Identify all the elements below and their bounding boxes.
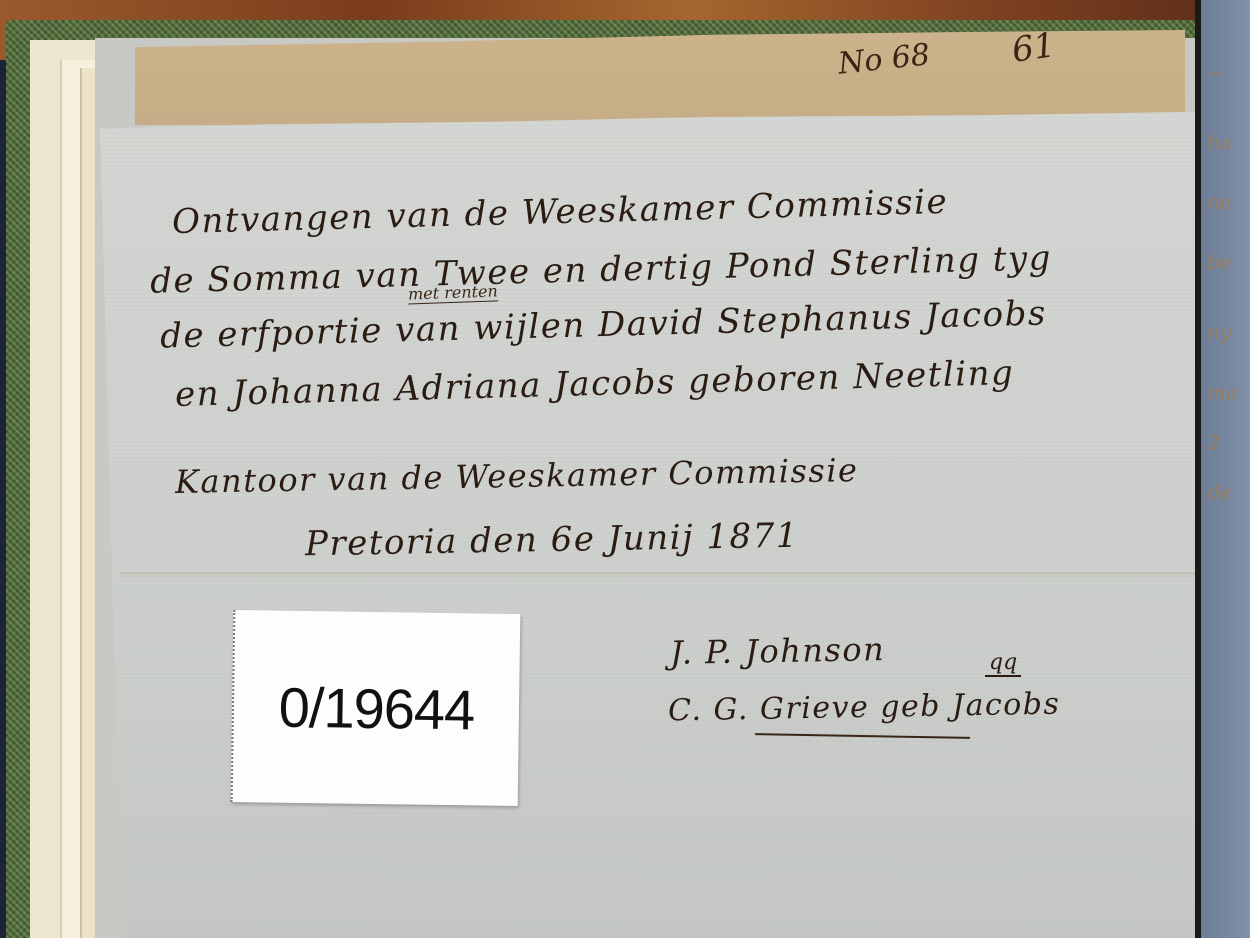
facing-page-ink: de xyxy=(1207,480,1232,504)
signature-qq-mark: qq xyxy=(985,650,1021,677)
facing-page-ink: — xyxy=(1207,60,1227,84)
folio-number: 61 xyxy=(1009,25,1057,71)
facing-page-ink: ha xyxy=(1207,130,1232,154)
facing-page-ink: ny xyxy=(1207,320,1231,344)
interlinear-insertion: met renten xyxy=(408,281,498,304)
facing-page-ink: 2 xyxy=(1207,430,1220,454)
facing-page-ink: ne xyxy=(1207,190,1232,214)
signature-grieve: C. G. Grieve geb Jacobs xyxy=(668,687,1061,729)
facing-page: — ha ne be ny ma 2 de xyxy=(1201,0,1250,938)
signature-johnson: J. P. Johnson xyxy=(670,630,886,672)
facing-page-ink: ma xyxy=(1207,380,1238,404)
archive-reference-label: 0/19644 xyxy=(231,610,521,806)
paper-fold-line xyxy=(120,572,1200,578)
facing-page-ink: be xyxy=(1207,250,1232,274)
archive-reference-number: 0/19644 xyxy=(278,674,474,742)
